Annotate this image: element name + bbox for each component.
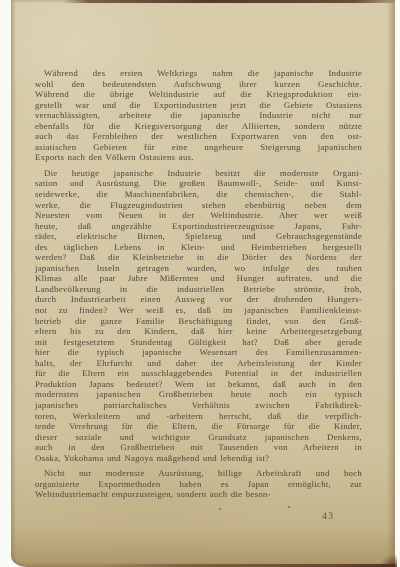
text-line: des täglichen Lebens in Klein- und Heimb… [35,242,362,253]
text-line: für die Eltern ein ausschlaggebendes Pot… [35,368,362,379]
text-line: heute, daß ungezählte Exportindustrieerz… [35,221,362,232]
text-line: halts, der Ehrfurcht und daher der Arbei… [35,358,362,369]
text-line: organisierte Exportmethoden haben es Jap… [35,479,362,490]
text-line: asiatischen Gebieten für eine ungeheure … [35,142,362,153]
text-line: betrieb die ganze Familie Beschäftigung … [35,316,362,327]
text-line: vernachlässigten, arbeitete die japanisc… [35,110,362,121]
text-line: wohl den bedeutendsten Aufschwung ihrer … [35,79,362,90]
text-line: Osaka, Yokohama und Nagoya maßgebend und… [35,453,362,464]
text-line: japanischen Inseln getragen wurden, wo i… [35,263,362,274]
text-line: Exports nach den Völkern Ostasiens aus. [35,152,362,163]
page-paper: Während des ersten Weltkriegs nahm die j… [11,0,395,567]
text-line: toren, Werksleitern und -arbeitern herrs… [35,411,362,422]
scanned-book-page: Während des ersten Weltkriegs nahm die j… [0,0,400,567]
text-line: seidewerke, die Maschinenfabriken, die c… [35,189,362,200]
text-line: Nicht nur modernste Ausrüstung, billige … [35,468,362,479]
text-line: Produktion Japans bedeutet? Wem ist beka… [35,379,362,390]
book-edge-top [62,0,394,3]
text-line: hier die typisch japanische Wesensart de… [35,347,362,358]
text-line: mit festgesetztem Stundentag Gültigkeit … [35,337,362,348]
text-line: räder, elektrische Birnen, Spielzeug und… [35,231,362,242]
text-line: Während des ersten Weltkriegs nahm die j… [35,68,362,79]
text-line: tende Verehrung für die Eltern, die Fürs… [35,421,362,432]
text-line: ebenfalls für die Kriegsversorgung der A… [35,121,362,132]
book-edge-corner [379,554,397,567]
text-line: werke, die Flugzeugindustrien stehen ebe… [35,200,362,211]
text-line: Während die übrige Weltindustrie auf die… [35,89,362,100]
text-line: dieser soziale und wichtigste Grundsatz … [35,432,362,443]
text-line: auch in den Großbetrieben mit Tausenden … [35,442,362,453]
text-line: durch Industriearbeit einen Ausweg vor d… [35,294,362,305]
text-line: not zu finden? Wer weiß es, daß im japan… [35,305,362,316]
text-line: sation und Ausrüstung. Die großen Baumwo… [35,178,362,189]
text-line: Weltindustriemacht emporzusteigen, sonde… [35,489,362,500]
text-line: Landbevölkerung in die industriellen Bet… [35,284,362,295]
text-line: Klimas alle paar Jahre Mißernten und Hun… [35,273,362,284]
ink-speck [219,508,221,510]
paragraph: Während des ersten Weltkriegs nahm die j… [35,68,362,163]
text-line: Neuesten vom Neuen in der Weltindustrie.… [35,210,362,221]
paragraph: Die heutige japanische Industrie besitzt… [35,168,362,463]
paragraph: Nicht nur modernste Ausrüstung, billige … [35,468,362,500]
page-text: Während des ersten Weltkriegs nahm die j… [35,68,362,500]
text-line: modernsten japanischen Großbetrieben heu… [35,389,362,400]
text-line: gestellt war und die Exportindustrien je… [35,100,362,111]
text-line: Die heutige japanische Industrie besitzt… [35,168,362,179]
text-line: japanisches patriarchalisches Verhältnis… [35,400,362,411]
text-line: auch das Fernbleiben der westlichen Expo… [35,131,362,142]
page-curl-shadow-right [386,0,395,567]
text-line: werden? Daß die Kleinbetriebe in die Dör… [35,252,362,263]
page-number: 43 [322,512,335,522]
ink-speck [288,506,290,508]
text-line: eltern bis zu den Kindern, daß hier kein… [35,326,362,337]
